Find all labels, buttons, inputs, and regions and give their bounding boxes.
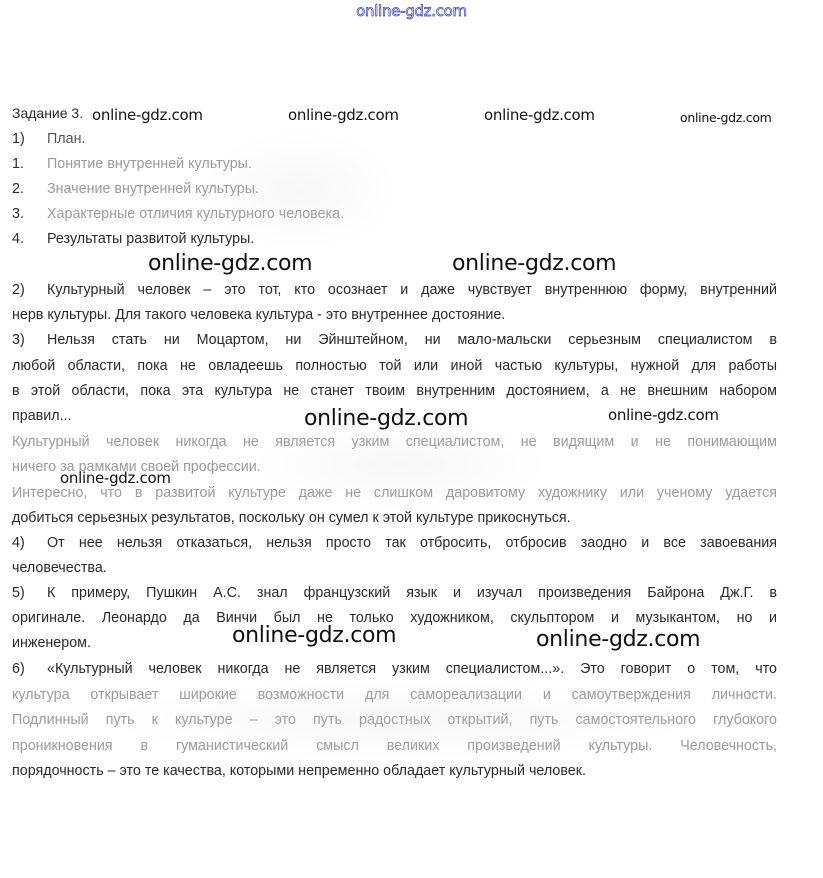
watermark: online-gdz.com bbox=[148, 251, 312, 276]
watermark: online-gdz.com bbox=[288, 106, 399, 124]
answer-3-line: добиться серьезных результатов, поскольк… bbox=[12, 509, 777, 527]
plan-heading-row: 1)План. bbox=[12, 130, 85, 148]
task-title: Задание 3. bbox=[12, 104, 83, 122]
answer-6-line: Подлинный путь к культуре – это путь рад… bbox=[12, 711, 777, 729]
answer-6-line: проникновения в гуманистический смысл ве… bbox=[12, 737, 777, 755]
plan-item: 3.Характерные отличия культурного челове… bbox=[12, 205, 344, 223]
watermark: online-gdz.com bbox=[92, 106, 203, 124]
site-watermark-header: online-gdz.com bbox=[0, 2, 823, 20]
plan-heading: План. bbox=[47, 131, 85, 147]
plan-item: 1.Понятие внутренней культуры. bbox=[12, 155, 252, 173]
answer-2-line: 2)Культурный человек – это тот, кто осоз… bbox=[12, 281, 777, 299]
watermark: online-gdz.com bbox=[232, 623, 396, 648]
answer-2-line: нерв культуры. Для такого человека культ… bbox=[12, 306, 777, 324]
watermark: online-gdz.com bbox=[608, 406, 719, 424]
answer-3-line: в этой области, пока эта культура не ста… bbox=[12, 382, 777, 400]
watermark: online-gdz.com bbox=[452, 251, 616, 276]
answer-4-line: человечества. bbox=[12, 559, 777, 577]
plan-marker: 1) bbox=[12, 130, 47, 148]
answer-6-line: 6)«Культурный человек никогда не являетс… bbox=[12, 660, 777, 678]
watermark: online-gdz.com bbox=[680, 110, 772, 125]
answer-3-line: Интересно, что в развитой культуре даже … bbox=[12, 484, 777, 502]
plan-item: 2.Значение внутренней культуры. bbox=[12, 180, 259, 198]
answer-3-line: любой области, пока не овладеешь полност… bbox=[12, 357, 777, 375]
answer-4-line: 4)От нее нельзя отказаться, нельзя прост… bbox=[12, 534, 777, 552]
answer-6-line: порядочность – это те качества, которыми… bbox=[12, 762, 777, 780]
answer-3-line: Культурный человек никогда не является у… bbox=[12, 433, 777, 451]
answer-5-line: 5)К примеру, Пушкин А.С. знал французски… bbox=[12, 584, 777, 602]
answer-6-line: культура открывает широкие возможности д… bbox=[12, 686, 777, 704]
watermark: online-gdz.com bbox=[304, 406, 468, 431]
watermark: online-gdz.com bbox=[536, 627, 700, 652]
watermark: online-gdz.com bbox=[484, 106, 595, 124]
plan-item: 4.Результаты развитой культуры. bbox=[12, 230, 254, 248]
answer-3-line: 3)Нельзя стать ни Моцартом, ни Эйнштейно… bbox=[12, 331, 777, 349]
